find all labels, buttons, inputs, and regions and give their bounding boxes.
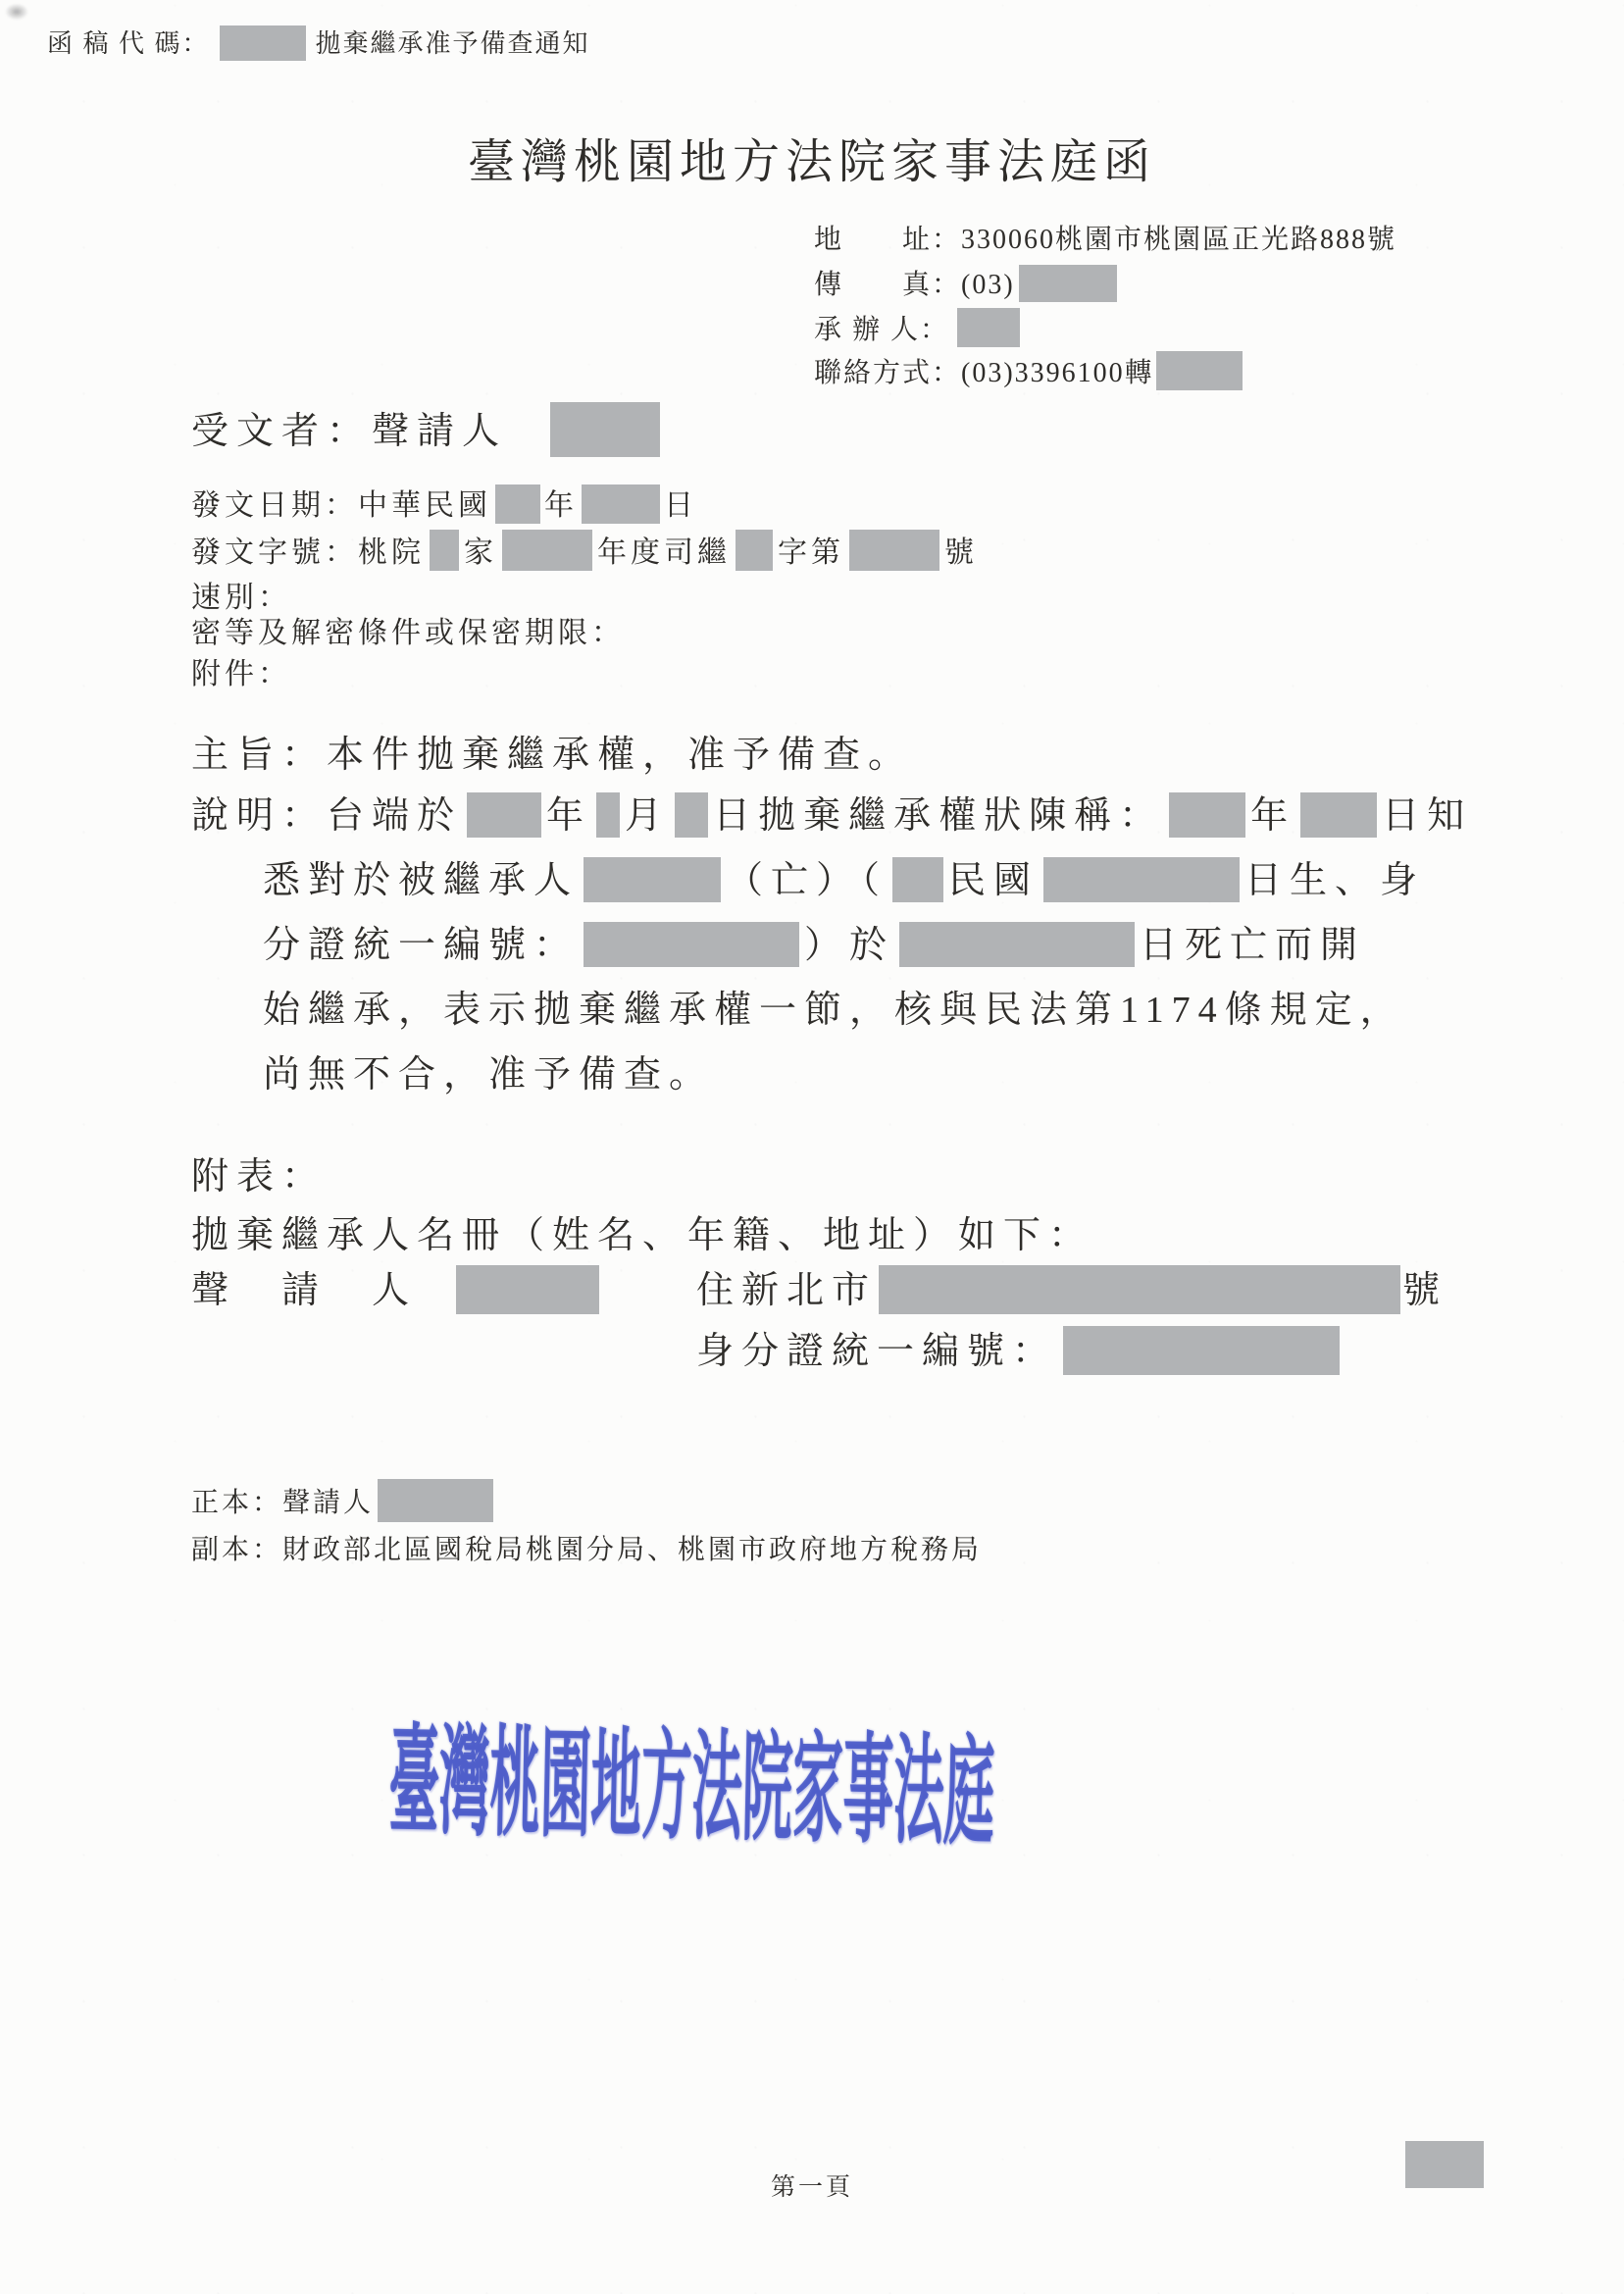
explanation-l2-seg2: （亡）（	[726, 860, 888, 901]
subject-label: 主旨：	[191, 735, 327, 776]
phone-label: 聯絡方式：	[814, 351, 961, 390]
applicant-id-label: 身分證統一編號：	[696, 1331, 1057, 1372]
applicant-address-suffix: 號	[1402, 1270, 1447, 1311]
original-copy-value: 聲請人	[282, 1488, 374, 1518]
fax-row: 傳 真：(03)	[814, 263, 1117, 302]
explanation-l1-seg3: 月	[625, 795, 670, 837]
attachment-row: 附件：	[191, 649, 291, 692]
redaction-box-applicant-address	[879, 1265, 1400, 1314]
scanned-court-letter: 函 稿 代 碼：拋棄繼承准予備查通知 臺灣桃園地方法院家事法庭函 地 址：330…	[0, 0, 1624, 2294]
subject-row: 主旨：本件拋棄繼承權，准予備查。	[191, 724, 913, 778]
refno-seg4: 字第	[778, 536, 844, 569]
refno-seg5: 號	[944, 536, 978, 569]
roster-title: 拋棄繼承人名冊（姓名、年籍、地址）如下：	[191, 1204, 1093, 1258]
explanation-l2-seg4: 日生、身	[1244, 860, 1425, 901]
scan-smudge	[0, 0, 33, 24]
subject-text: 本件拋棄繼承權，准予備查。	[327, 735, 913, 776]
reference-number-row: 發文字號：桃院家年度司繼字第號	[191, 528, 978, 571]
draft-code-line: 函 稿 代 碼：拋棄繼承准予備查通知	[47, 24, 590, 61]
appendix-label: 附表：	[191, 1146, 327, 1199]
redaction-box-expl-day1	[675, 792, 708, 838]
redaction-box-phone-ext	[1156, 351, 1243, 390]
redaction-box-applicant-name	[456, 1265, 599, 1314]
refno-seg3: 年度司繼	[597, 536, 731, 569]
phone-row: 聯絡方式：(03)3396100轉	[814, 351, 1243, 390]
explanation-line-4: 始繼承，表示拋棄繼承權一節，核與民法第1174條規定，	[263, 979, 1405, 1033]
applicant-address-row: 住新北市號	[696, 1259, 1447, 1314]
explanation-l1-seg4: 日拋棄繼承權狀陳稱：	[713, 795, 1164, 837]
redaction-box-footer	[1405, 2141, 1484, 2188]
redaction-box-expl-year2	[1169, 792, 1245, 838]
applicant-row: 聲 請 人	[191, 1259, 599, 1314]
original-copy-row: 正本：聲請人	[191, 1479, 493, 1522]
redaction-box-decedent-small	[892, 857, 943, 902]
carbon-copy-value: 財政部北區國稅局桃園分局、桃園市政府地方稅務局	[282, 1535, 982, 1565]
document-title: 臺灣桃園地方法院家事法庭函	[18, 124, 1606, 191]
address-label: 地 址：	[814, 218, 961, 257]
applicant-role-label: 聲 請 人	[191, 1270, 417, 1311]
explanation-label: 說明：	[191, 795, 327, 837]
recipient-row: 受文者：聲請人	[191, 400, 660, 457]
recipient-value: 聲請人	[372, 411, 507, 452]
issue-date-era: 中華民國	[358, 489, 491, 522]
address-value: 330060桃園市桃園區正光路888號	[961, 225, 1396, 255]
court-stamp: 臺灣桃園地方法院家事法庭	[387, 1716, 995, 1860]
explanation-l3-seg3: 日死亡而開	[1140, 925, 1365, 966]
applicant-id-row: 身分證統一編號：	[696, 1320, 1340, 1375]
refno-label: 發文字號：	[191, 536, 358, 569]
redaction-box-refno-4	[849, 530, 939, 571]
draft-code-label: 函 稿 代 碼：	[47, 29, 210, 58]
redaction-box-date-day	[582, 484, 660, 524]
redaction-box-refno-3	[736, 530, 773, 571]
clerk-row: 承 辦 人：	[814, 308, 1020, 347]
explanation-line-1: 說明：台端於年月日拋棄繼承權狀陳稱：年日知	[191, 785, 1472, 839]
explanation-line-3: 分證統一編號：）於日死亡而開	[263, 914, 1365, 968]
fax-label: 傳 真：	[814, 263, 961, 302]
issue-date-label: 發文日期：	[191, 489, 358, 522]
fax-value: (03)	[961, 270, 1015, 300]
recipient-label: 受文者：	[191, 411, 372, 452]
redaction-box-date-year	[495, 484, 540, 524]
carbon-copy-row: 副本：財政部北區國稅局桃園分局、桃園市政府地方稅務局	[191, 1528, 982, 1567]
redaction-box-expl-day2	[1300, 792, 1377, 838]
refno-seg1: 桃院	[358, 536, 425, 569]
applicant-address-prefix: 住新北市	[696, 1270, 877, 1311]
explanation-l2-seg3: 民國	[948, 860, 1039, 901]
redaction-box-decedent-id	[584, 922, 799, 967]
original-copy-label: 正本：	[191, 1488, 282, 1518]
redaction-box-refno-1	[430, 530, 459, 571]
draft-code-subject: 拋棄繼承准予備查通知	[316, 29, 590, 58]
issue-date-year-char: 年	[544, 489, 578, 522]
redaction-box-refno-2	[502, 530, 592, 571]
explanation-l3-seg1: 分證統一編號：	[263, 925, 579, 966]
redaction-box-draft-code	[220, 25, 306, 61]
redaction-box-applicant-id	[1063, 1326, 1340, 1375]
carbon-copy-label: 副本：	[191, 1535, 282, 1565]
explanation-l1-seg1: 台端於	[327, 795, 462, 837]
explanation-l1-seg5: 年	[1250, 795, 1295, 837]
issue-date-day-char: 日	[664, 489, 697, 522]
security-row: 密等及解密條件或保密期限：	[191, 608, 625, 651]
redaction-box-original-name	[378, 1479, 493, 1522]
clerk-label: 承 辦 人：	[814, 308, 953, 347]
redaction-box-expl-month	[596, 792, 620, 838]
refno-seg2: 家	[464, 536, 497, 569]
redaction-box-recipient-name	[550, 402, 660, 457]
redaction-box-expl-year1	[467, 792, 541, 838]
explanation-l1-seg6: 日知	[1382, 795, 1472, 837]
phone-value: (03)3396100轉	[961, 358, 1154, 388]
page-number: 第一頁	[18, 2167, 1606, 2203]
redaction-box-decedent-name	[584, 857, 721, 902]
redaction-box-clerk	[957, 308, 1020, 347]
address-row: 地 址：330060桃園市桃園區正光路888號	[814, 218, 1396, 257]
explanation-l2-seg1: 悉對於被繼承人	[263, 860, 579, 901]
explanation-l1-seg2: 年	[546, 795, 591, 837]
redaction-box-death-date	[899, 922, 1135, 967]
redaction-box-fax	[1019, 265, 1117, 302]
explanation-line-5: 尚無不合，准予備查。	[263, 1044, 714, 1097]
redaction-box-birth-date	[1043, 857, 1240, 902]
issue-date-row: 發文日期：中華民國年日	[191, 481, 697, 524]
explanation-l3-seg2: ）於	[804, 925, 894, 966]
explanation-line-2: 悉對於被繼承人（亡）（民國日生、身	[263, 849, 1425, 903]
